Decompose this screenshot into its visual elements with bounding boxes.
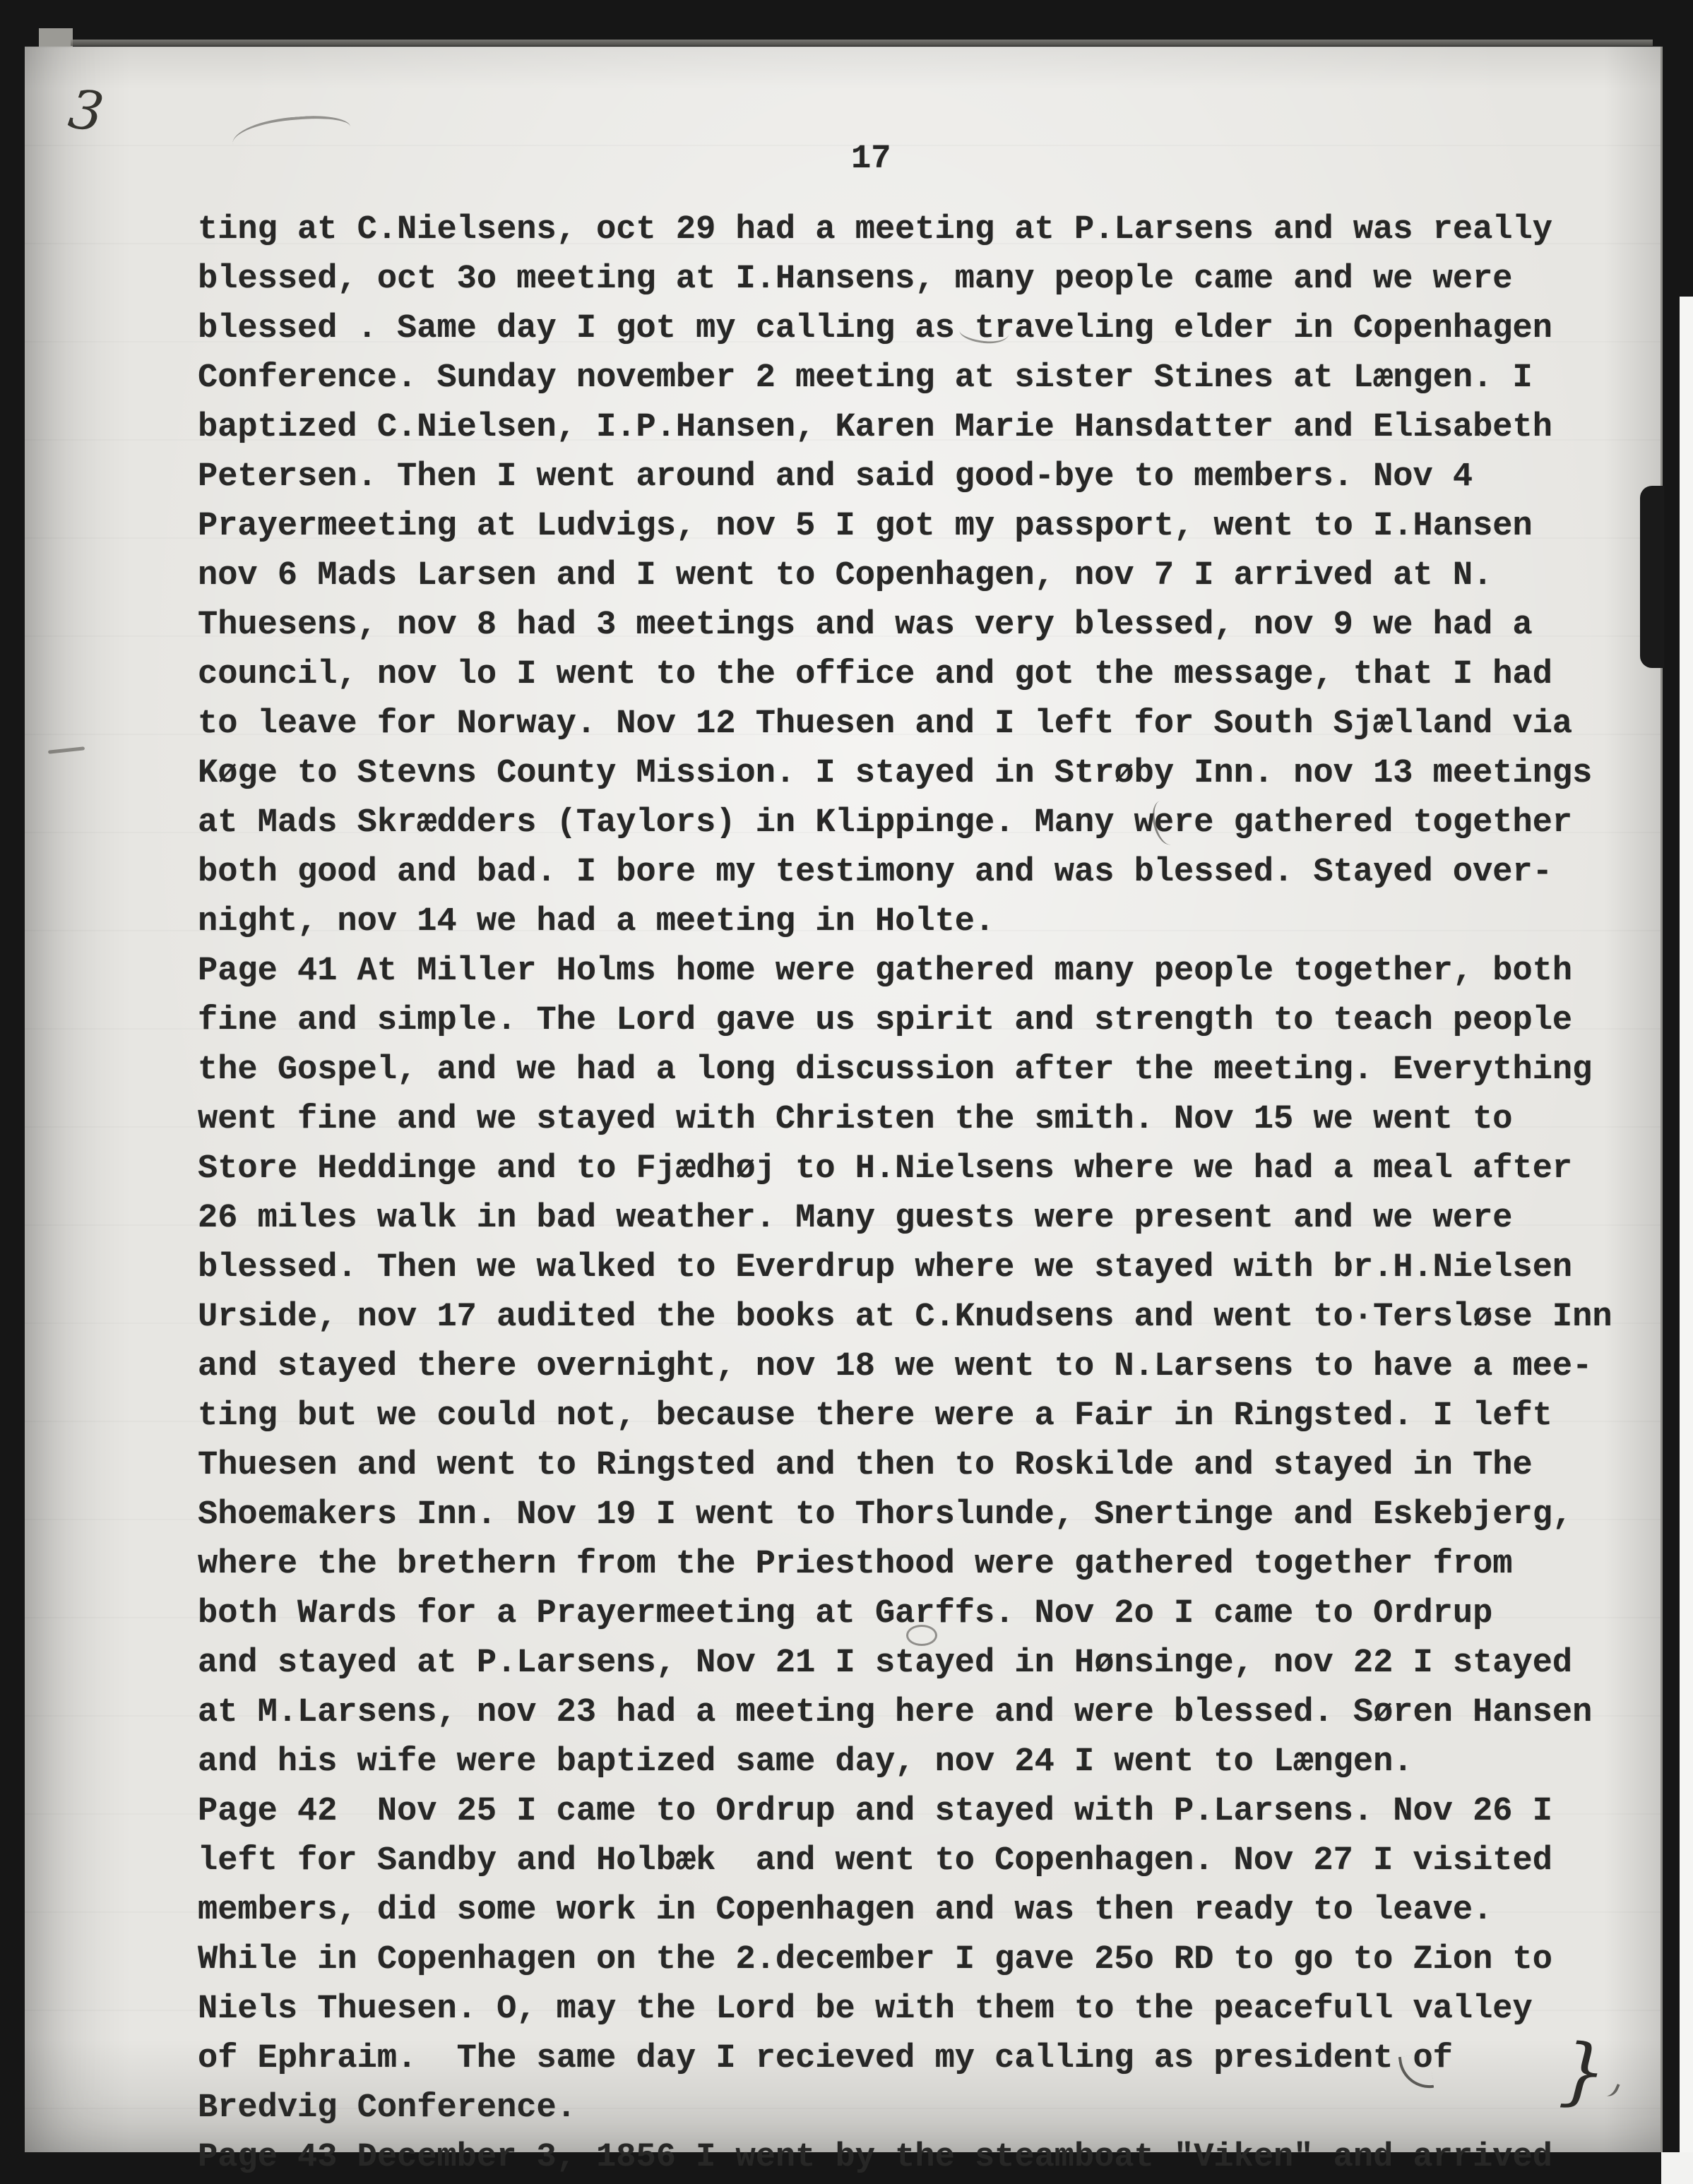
typed-line: the Gospel, and we had a long discussion… bbox=[198, 1046, 1612, 1095]
typed-line: Page 42 Nov 25 I came to Ordrup and stay… bbox=[198, 1787, 1612, 1837]
typed-line: Page 43 December 3, 1856 I went by the s… bbox=[198, 2133, 1612, 2183]
typed-line: Store Heddinge and to Fjædhøj to H.Niels… bbox=[198, 1145, 1612, 1194]
typed-line: both Wards for a Prayermeeting at Garffs… bbox=[198, 1589, 1612, 1639]
typed-line: and stayed at P.Larsens, Nov 21 I stayed… bbox=[198, 1639, 1612, 1688]
typed-line: at M.Larsens, nov 23 had a meeting here … bbox=[198, 1688, 1612, 1738]
scan-edge-white-corner bbox=[1661, 2152, 1693, 2184]
scan-top-edge-line bbox=[71, 40, 1653, 46]
typed-line: council, nov lo I went to the office and… bbox=[198, 650, 1612, 700]
typed-line: Petersen. Then I went around and said go… bbox=[198, 453, 1612, 502]
typed-line: and his wife were baptized same day, nov… bbox=[198, 1738, 1612, 1787]
typed-line: fine and simple. The Lord gave us spirit… bbox=[198, 996, 1612, 1046]
typed-line: baptized C.Nielsen, I.P.Hansen, Karen Ma… bbox=[198, 403, 1612, 453]
typed-line: went fine and we stayed with Christen th… bbox=[198, 1095, 1612, 1145]
typed-line: Shoemakers Inn. Nov 19 I went to Thorslu… bbox=[198, 1491, 1612, 1540]
typed-text-block: ting at C.Nielsens, oct 29 had a meeting… bbox=[198, 205, 1612, 2183]
pen-loop-mark bbox=[906, 1625, 937, 1646]
document-page: 17 ting at C.Nielsens, oct 29 had a meet… bbox=[25, 47, 1663, 2152]
typed-line: nov 6 Mads Larsen and I went to Copenhag… bbox=[198, 551, 1612, 601]
typed-line: members, did some work in Copenhagen and… bbox=[198, 1886, 1612, 1935]
typed-line: Page 41 At Miller Holms home were gather… bbox=[198, 947, 1612, 996]
typed-line: and stayed there overnight, nov 18 we we… bbox=[198, 1342, 1612, 1392]
typed-line: to leave for Norway. Nov 12 Thuesen and … bbox=[198, 700, 1612, 749]
typed-line: both good and bad. I bore my testimony a… bbox=[198, 848, 1612, 897]
typed-line: at Mads Skrædders (Taylors) in Klippinge… bbox=[198, 799, 1612, 848]
typed-line: Thuesen and went to Ringsted and then to… bbox=[198, 1441, 1612, 1491]
scan-artifact-blob bbox=[1640, 486, 1664, 668]
scanned-document-photo: 17 ting at C.Nielsens, oct 29 had a meet… bbox=[0, 0, 1693, 2184]
typed-line: left for Sandby and Holbæk and went to C… bbox=[198, 1837, 1612, 1886]
handwritten-brace: } bbox=[1557, 2027, 1608, 2115]
typed-line: Urside, nov 17 audited the books at C.Kn… bbox=[198, 1293, 1612, 1342]
typed-line: Prayermeeting at Ludvigs, nov 5 I got my… bbox=[198, 502, 1612, 551]
typed-line: where the brethern from the Priesthood w… bbox=[198, 1540, 1612, 1589]
typed-line: blessed . Same day I got my calling as t… bbox=[198, 304, 1612, 354]
typed-line: Bredvig Conference. bbox=[198, 2084, 1612, 2133]
typed-line: 26 miles walk in bad weather. Many guest… bbox=[198, 1194, 1612, 1243]
page-number: 17 bbox=[851, 138, 891, 181]
typed-line: night, nov 14 we had a meeting in Holte. bbox=[198, 897, 1612, 947]
typed-line: blessed, oct 3o meeting at I.Hansens, ma… bbox=[198, 255, 1612, 304]
scan-edge-white-right bbox=[1680, 297, 1693, 2184]
typed-line: While in Copenhagen on the 2.december I … bbox=[198, 1935, 1612, 1985]
typed-line: Conference. Sunday november 2 meeting at… bbox=[198, 354, 1612, 403]
typed-line: Køge to Stevns County Mission. I stayed … bbox=[198, 749, 1612, 799]
typed-line: ting at C.Nielsens, oct 29 had a meeting… bbox=[198, 205, 1612, 255]
typed-line: Thuesens, nov 8 had 3 meetings and was v… bbox=[198, 601, 1612, 650]
typed-line: blessed. Then we walked to Everdrup wher… bbox=[198, 1243, 1612, 1293]
scan-top-edge-patch bbox=[39, 28, 73, 47]
typed-line: ting but we could not, because there wer… bbox=[198, 1392, 1612, 1441]
typed-line: Niels Thuesen. O, may the Lord be with t… bbox=[198, 1985, 1612, 2034]
